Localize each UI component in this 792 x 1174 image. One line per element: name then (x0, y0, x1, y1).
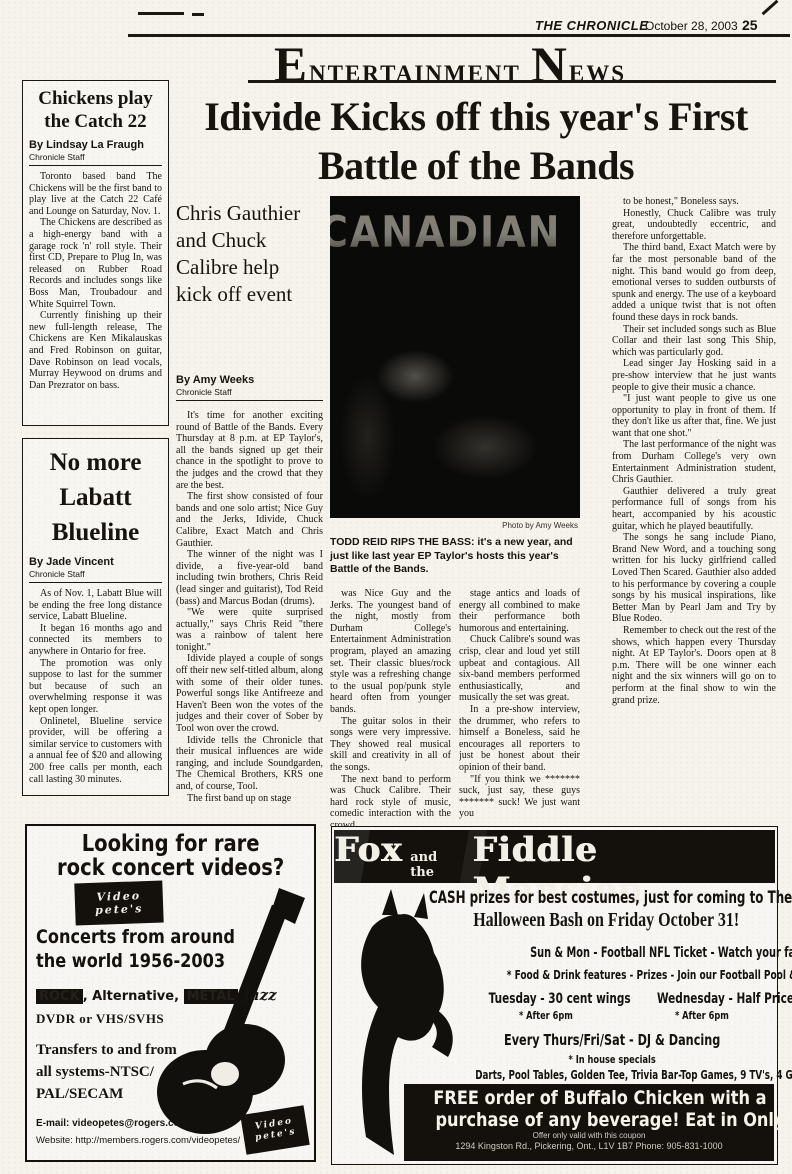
article-paragraph: Gauthier delivered a truly great perform… (612, 486, 776, 532)
photo-caption: TODD REID RIPS THE BASS: it's a new year… (330, 536, 582, 577)
ad-headline-line: rock concert videos? (27, 855, 314, 881)
video-petes-badge: Video pete's (74, 880, 163, 925)
article-paragraph: The first show consisted of four bands a… (176, 491, 323, 549)
article-paragraph: Lead singer Jay Hosking said in a pre-sh… (612, 358, 776, 393)
ad-fiddle-mansion: Fox and the Fiddle Mansion CASH prizes f… (331, 826, 778, 1165)
section-banner: Entertainment News (248, 36, 652, 93)
mansion-sunmon: Sun & Mon - Football NFL Ticket - Watch … (450, 945, 776, 961)
masthead-date: October 28, 2003 (645, 19, 738, 33)
article-paragraph: Currently finishing up their new full-le… (29, 310, 162, 391)
article-paragraph: "If you think we ******* suck, just say,… (459, 774, 580, 820)
article-paragraph: The Chickens are described as a high-ene… (29, 217, 162, 310)
video-petes-badge-small: Video pete's (240, 1105, 309, 1155)
article-paragraph: was Nice Guy and the Jerks. The youngest… (330, 588, 451, 716)
mansion-sunmon-text: Sun & Mon - Football NFL Ticket - Watch … (530, 945, 792, 961)
article-paragraph: The songs he sang include Piano, Brand N… (612, 532, 776, 625)
mansion-wednesday-note: * After 6pm (675, 1009, 729, 1022)
article-paragraph: It began 16 months ago and connected its… (29, 623, 162, 658)
free-offer-text: FREE order of Buffalo Chicken with a (433, 1087, 766, 1109)
article-title: Chickens play the Catch 22 (29, 87, 162, 133)
ad-transfer-line: PAL/SECAM (36, 1086, 123, 1103)
mansion-food: * Food & Drink features - Prizes - Join … (450, 968, 776, 982)
article-title: No more Labatt Blueline (29, 445, 162, 550)
mansion-address: 1294 Kingston Rd., Pickering, Ont., L1V … (404, 1142, 774, 1151)
article-paragraph: Chuck Calibre's sound was crisp, clear a… (459, 634, 580, 704)
mansion-bash-text: Halloween Bash on Friday October 31! (473, 909, 739, 932)
genre-rock: ROCK (36, 989, 83, 1004)
article-paragraph: The third band, Exact Match were by far … (612, 242, 776, 323)
mansion-thursday-note: * In house specials (568, 1053, 655, 1066)
ad-transfer-line: Transfers to and from (36, 1042, 177, 1059)
mansion-free-banner: FREE order of Buffalo Chicken with a pur… (404, 1084, 774, 1161)
article-byline-org: Chronicle Staff (29, 569, 162, 583)
article-paragraph: The promotion was only suppose to last f… (29, 658, 162, 716)
mansion-amenities-text: Darts, Pool Tables, Golden Tee, Trivia B… (475, 1067, 792, 1082)
mansion-name-andthe: and the (410, 850, 464, 880)
mansion-amenities: Darts, Pool Tables, Golden Tee, Trivia B… (398, 1067, 776, 1082)
mansion-wednesday-text: Wednesday - Half Price Fajitas (657, 991, 792, 1007)
free-offer-line: purchase of any beverage! Eat in Only! (404, 1109, 774, 1131)
main-column-3: stage antics and loads of energy all com… (459, 588, 580, 826)
ad-website: Website: http://members.rogers.com/video… (36, 1135, 240, 1146)
mansion-thursday-text: Every Thurs/Fri/Sat - DJ & Dancing (504, 1031, 720, 1049)
scan-mark (138, 12, 184, 15)
article-paragraph: stage antics and loads of energy all com… (459, 588, 580, 634)
mansion-name-fox: Fox (334, 830, 402, 870)
masthead-paper: THE CHRONICLE (535, 18, 648, 33)
mansion-tuesday: Tuesday - 30 cent wings * After 6pm (465, 991, 627, 1023)
photo-credit: Photo by Amy Weeks (430, 521, 578, 530)
article-paragraph: It's time for another exciting round of … (176, 410, 323, 491)
main-byline-org: Chronicle Staff (176, 387, 323, 401)
ad-headline-text: rock concert videos? (57, 855, 284, 881)
mansion-bash-line: Halloween Bash on Friday October 31! (437, 909, 775, 932)
ad-video-petes: Looking for rare rock concert videos? Vi… (25, 824, 316, 1162)
free-offer-text: purchase of any beverage! Eat in Only! (435, 1109, 791, 1131)
section-banner-word: News (531, 36, 626, 93)
article-paragraph: Idivide played a couple of songs off the… (176, 653, 323, 734)
mansion-thursday: Every Thurs/Fri/Sat - DJ & Dancing * In … (462, 1031, 762, 1067)
coupon-note: Offer only valid with this coupon (404, 1131, 774, 1140)
article-byline: By Jade Vincent (29, 556, 162, 569)
scan-mark (192, 13, 204, 16)
main-byline: By Amy Weeks (176, 374, 323, 387)
ad-line: the world 1956-2003 (36, 950, 258, 972)
article-paragraph: As of Nov. 1, Labatt Blue will be ending… (29, 588, 162, 623)
article-paragraph: The guitar solos in their songs were ver… (330, 716, 451, 774)
main-column-4: to be honest," Boneless says. Honestly, … (612, 196, 776, 826)
main-column-1: It's time for another exciting round of … (176, 410, 323, 824)
free-offer-line: FREE order of Buffalo Chicken with a (404, 1087, 774, 1109)
main-column-2: was Nice Guy and the Jerks. The youngest… (330, 588, 451, 826)
photo-shading (330, 196, 580, 518)
main-headline: Idivide Kicks off this year's First Batt… (180, 92, 772, 190)
page-number: 25 (742, 17, 758, 33)
ad-line: Concerts from around (36, 926, 270, 948)
ad-line-text: the world 1956-2003 (36, 950, 225, 972)
article-paragraph: "I just want people to give us one oppor… (612, 393, 776, 439)
article-byline: By Lindsay La Fraugh (29, 139, 162, 152)
article-labatt: No more Labatt Blueline By Jade Vincent … (22, 438, 169, 796)
genre-middle: , Alternative, (83, 989, 184, 1004)
scan-mark (762, 0, 779, 15)
ad-line-text: Concerts from around (36, 926, 235, 948)
article-paragraph: Toronto based band The Chickens will be … (29, 171, 162, 217)
main-deck: Chris Gauthier and Chuck Calibre help ki… (176, 200, 309, 308)
article-paragraph: Remember to check out the rest of the sh… (612, 625, 776, 706)
article-paragraph: Honestly, Chuck Calibre was truly great,… (612, 208, 776, 243)
mansion-wednesday: Wednesday - Half Price Fajitas * After 6… (627, 991, 777, 1023)
mansion-cash-text: CASH prizes for best costumes, just for … (429, 888, 792, 908)
article-paragraph: Their set included songs such as Blue Co… (612, 324, 776, 359)
article-paragraph: In a pre-show interview, the drummer, wh… (459, 704, 580, 774)
article-paragraph: Idivide tells the Chronicle that their m… (176, 735, 323, 793)
article-paragraph: The first band up on stage (176, 793, 323, 805)
mansion-tuesday-note: * After 6pm (519, 1009, 573, 1022)
article-paragraph: to be honest," Boneless says. (612, 196, 776, 208)
band-photo: CANADIAN (330, 196, 580, 518)
newspaper-page: THE CHRONICLE October 28, 2003 25 Entert… (0, 0, 792, 1174)
mansion-tuesday-text: Tuesday - 30 cent wings (489, 991, 631, 1007)
ad-headline-line: Looking for rare (27, 831, 314, 857)
ad-email: E-mail: videopetes@rogers.com (36, 1118, 189, 1129)
mansion-cash-line: CASH prizes for best costumes, just for … (336, 888, 773, 908)
mansion-food-text: * Food & Drink features - Prizes - Join … (507, 968, 792, 982)
article-byline-org: Chronicle Staff (29, 152, 162, 166)
mansion-masthead: Fox and the Fiddle Mansion (334, 830, 775, 883)
article-paragraph: The next band to perform was Chuck Calib… (330, 774, 451, 827)
genre-metal: METAL (184, 989, 238, 1004)
ad-formats: DVDR or VHS/SVHS (36, 1011, 164, 1027)
article-paragraph: Onlinetel, Blueline service provider, wi… (29, 716, 162, 786)
article-paragraph: The last performance of the night was fr… (612, 439, 776, 485)
ad-headline-text: Looking for rare (82, 831, 260, 857)
ad-transfer-line: all systems-NTSC/ (36, 1064, 154, 1081)
genre-jazz: Jazz (238, 986, 277, 1004)
ad-genres: ROCK, Alternative, METAL Jazz (36, 986, 277, 1004)
article-chickens: Chickens play the Catch 22 By Lindsay La… (22, 80, 169, 426)
article-paragraph: "We were quite surprised actually," says… (176, 607, 323, 653)
article-paragraph: The winner of the night was I divide, a … (176, 549, 323, 607)
section-banner-rule (248, 80, 776, 83)
section-banner-word: Entertainment (274, 36, 521, 93)
